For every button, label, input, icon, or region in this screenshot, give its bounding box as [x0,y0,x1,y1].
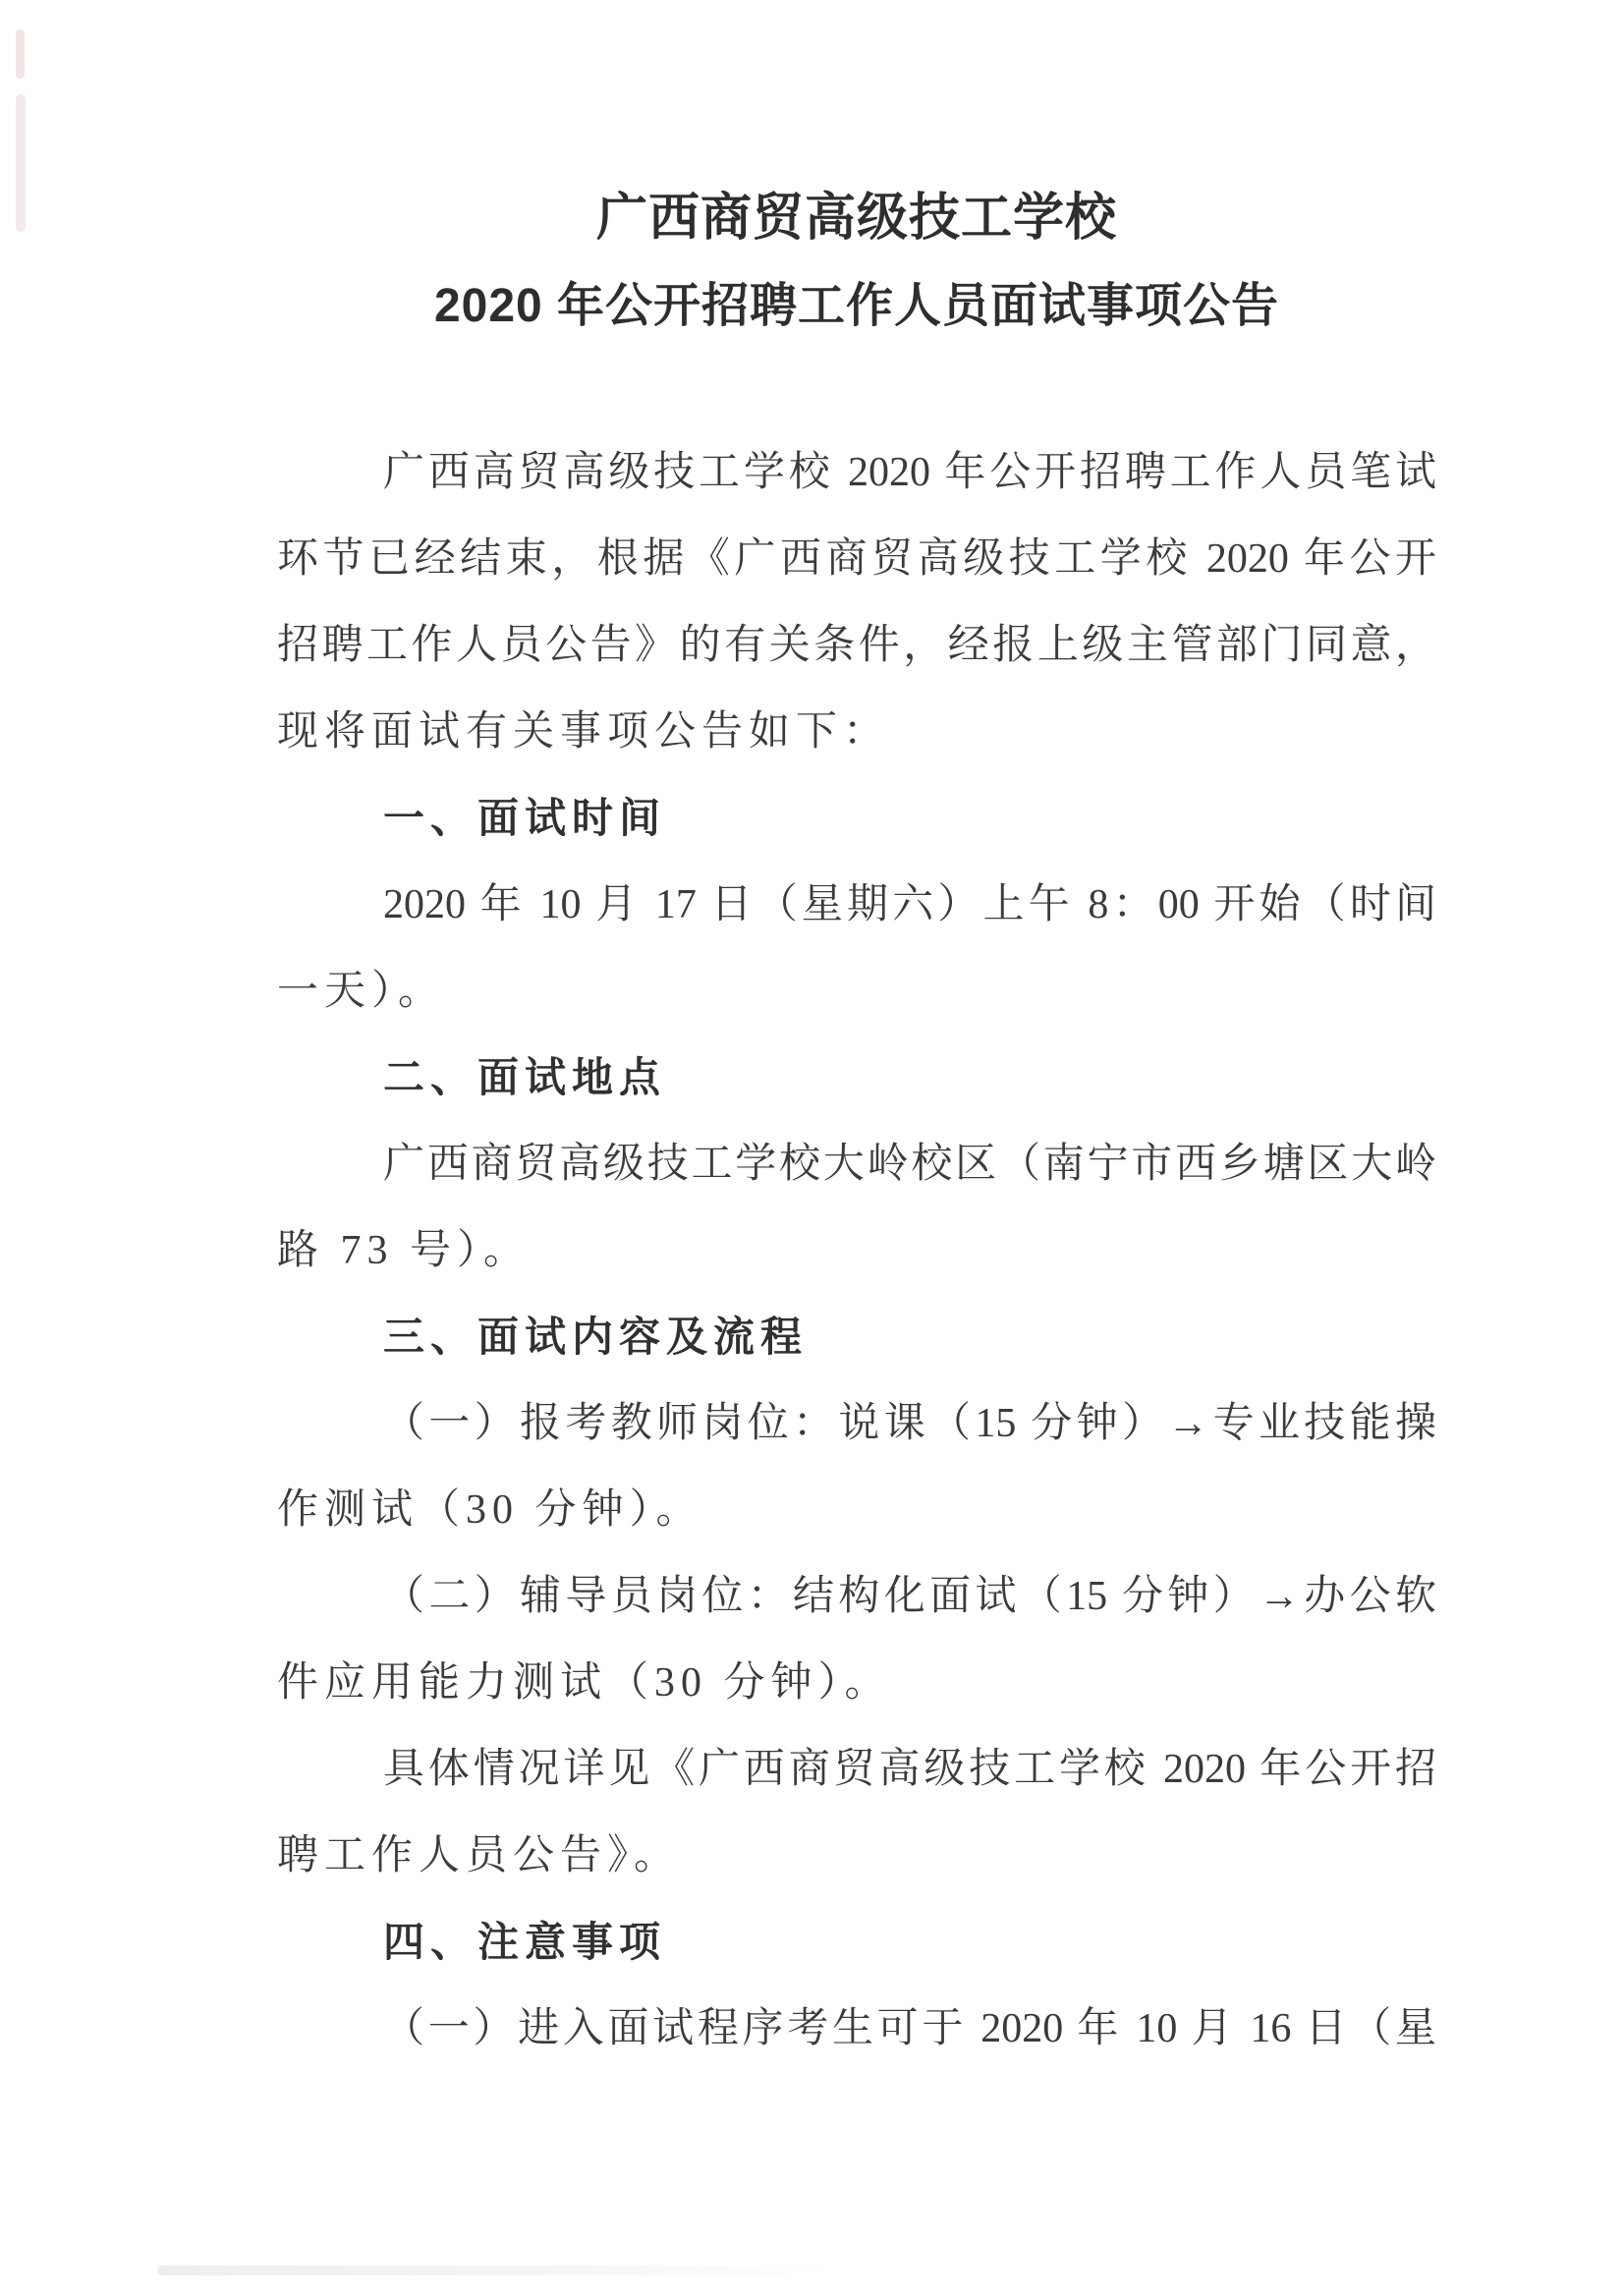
body-line: 2020 年 10 月 17 日（星期六）上午 8：00 开始（时间 [277,862,1436,948]
section-heading: 二、面试地点 [277,1035,1436,1121]
document-title-line1: 广西商贸高级技工学校 [277,174,1436,262]
document-content: 广西商贸高级技工学校 2020 年公开招聘工作人员面试事项公告 广西高贸高级技工… [277,174,1436,2072]
body-line: 广西高贸高级技工学校 2020 年公开招聘工作人员笔试 [277,429,1436,516]
body-line: 件应用能力测试（30 分钟）。 [277,1640,1436,1726]
scan-artifact-red-mark [16,94,26,232]
body-line: 环节已经结束，根据《广西商贸高级技工学校 2020 年公开 [277,516,1436,602]
scan-artifact-red-mark [16,29,25,79]
body-line: 一天）。 [277,948,1436,1035]
section-heading: 三、面试内容及流程 [277,1294,1436,1380]
body-line: 路 73 号）。 [277,1207,1436,1294]
body-line: 作测试（30 分钟）。 [277,1467,1436,1553]
body-line: （一）进入面试程序考生可于 2020 年 10 月 16 日（星 [277,1986,1436,2072]
scanned-announcement-page: 广西商贸高级技工学校 2020 年公开招聘工作人员面试事项公告 广西高贸高级技工… [0,0,1624,2296]
scan-artifact-smudge [157,2266,835,2275]
body-line: （一）报考教师岗位：说课（15 分钟）→专业技能操 [277,1380,1436,1467]
section-heading: 四、注意事项 [277,1899,1436,1986]
body-line: 招聘工作人员公告》的有关条件，经报上级主管部门同意， [277,602,1436,689]
body-line: 现将面试有关事项公告如下： [277,689,1436,775]
body-line: 广西商贸高级技工学校大岭校区（南宁市西乡塘区大岭 [277,1121,1436,1207]
body-line: （二）辅导员岗位：结构化面试（15 分钟）→办公软 [277,1553,1436,1640]
body-line: 聘工作人员公告》。 [277,1813,1436,1899]
document-body: 广西高贸高级技工学校 2020 年公开招聘工作人员笔试环节已经结束，根据《广西商… [277,429,1436,2072]
body-line: 具体情况详见《广西商贸高级技工学校 2020 年公开招 [277,1726,1436,1813]
document-title-line2: 2020 年公开招聘工作人员面试事项公告 [277,262,1436,351]
section-heading: 一、面试时间 [277,775,1436,862]
